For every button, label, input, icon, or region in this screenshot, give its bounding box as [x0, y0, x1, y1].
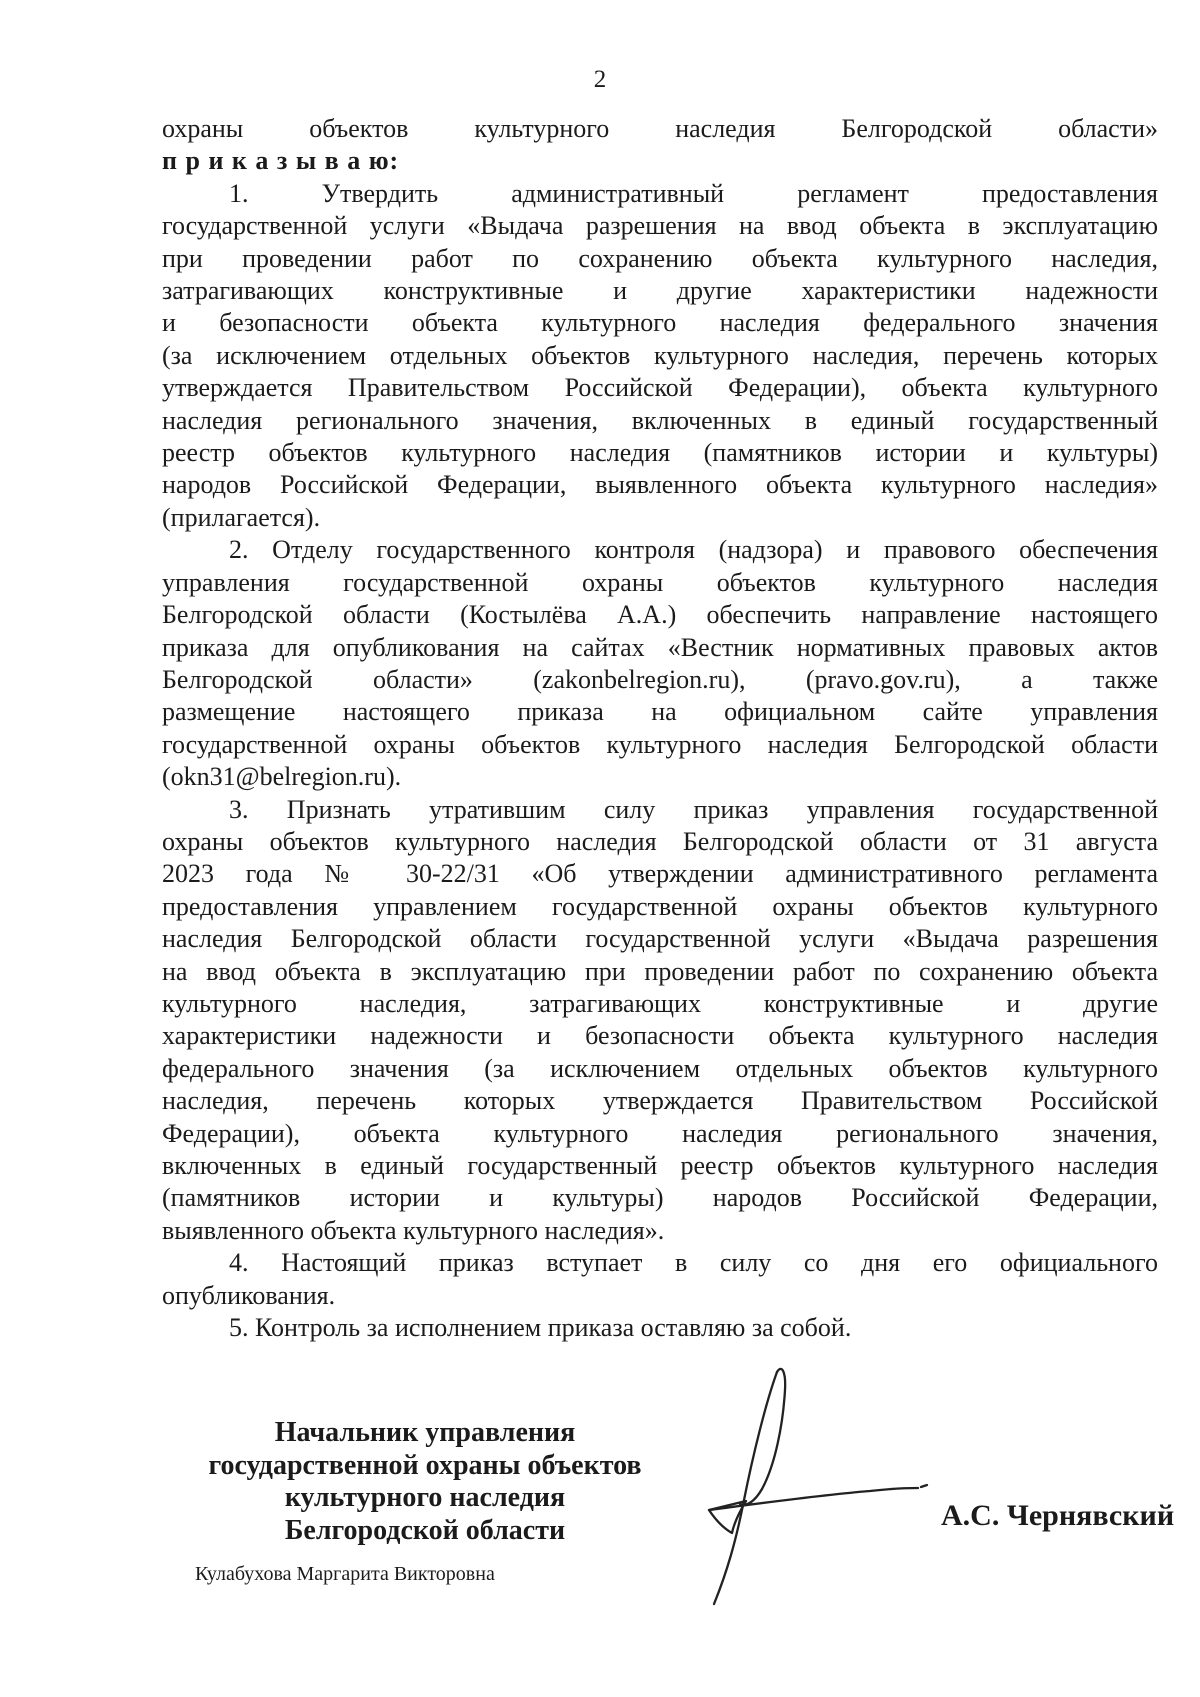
text-line: выявленного объекта культурного наследия…	[162, 1215, 1158, 1247]
text-line: управления государственной охраны объект…	[162, 567, 1158, 599]
page-number: 2	[0, 66, 1200, 94]
text-line: (памятников истории и культуры) народов …	[162, 1182, 1158, 1214]
text-line: затрагивающих конструктивные и другие ха…	[162, 275, 1158, 307]
text-line: размещение настоящего приказа на официал…	[162, 696, 1158, 728]
text-line: 3. Признать утратившим силу приказ управ…	[162, 794, 1158, 826]
text-line: 1. Утвердить административный регламент …	[162, 178, 1158, 210]
text-line: реестр объектов культурного наследия (па…	[162, 437, 1158, 469]
text-line: наследия регионального значения, включен…	[162, 405, 1158, 437]
text-line: (okn31@belregion.ru).	[162, 761, 1158, 793]
text-line: охраны объектов культурного наследия Бел…	[162, 826, 1158, 858]
text-line: Федерации), объекта культурного наследия…	[162, 1118, 1158, 1150]
signature-title-line: культурного наследия	[160, 1482, 690, 1515]
signature-title-line: Начальник управления	[160, 1417, 690, 1450]
text-line: наследия, перечень которых утверждается …	[162, 1085, 1158, 1117]
text-line: 2023 года № 30-22/31 «Об утверждении адм…	[162, 858, 1158, 890]
text-line: народов Российской Федерации, выявленног…	[162, 469, 1158, 501]
text-line: Белгородской области (Костылёва А.А.) об…	[162, 599, 1158, 631]
text-line: на ввод объекта в эксплуатацию при прове…	[162, 956, 1158, 988]
signature-title-block: Начальник управления государственной охр…	[160, 1417, 690, 1547]
text-line: при проведении работ по сохранению объек…	[162, 243, 1158, 275]
text-line: государственной услуги «Выдача разрешени…	[162, 210, 1158, 242]
text-line: наследия Белгородской области государств…	[162, 923, 1158, 955]
text-line: культурного наследия, затрагивающих конс…	[162, 988, 1158, 1020]
text-line: опубликования.	[162, 1280, 1158, 1312]
signature-title-line: государственной охраны объектов	[160, 1450, 690, 1483]
text-line: п р и к а з ы в а ю:	[162, 145, 1158, 177]
text-line: включенных в единый государственный реес…	[162, 1150, 1158, 1182]
text-line: и безопасности объекта культурного насле…	[162, 307, 1158, 339]
signer-name: А.С. Чернявский	[941, 1499, 1174, 1533]
text-line: федерального значения (за исключением от…	[162, 1053, 1158, 1085]
text-line: (за исключением отдельных объектов культ…	[162, 340, 1158, 372]
text-line: Белгородской области» (zakonbelregion.ru…	[162, 664, 1158, 696]
text-line: 2. Отделу государственного контроля (над…	[162, 534, 1158, 566]
text-line: (прилагается).	[162, 502, 1158, 534]
document-page: 2 охраны объектов культурного наследия Б…	[0, 0, 1200, 1697]
text-line: утверждается Правительством Российской Ф…	[162, 372, 1158, 404]
signature-title-line: Белгородской области	[160, 1515, 690, 1548]
text-line: приказа для опубликования на сайтах «Вес…	[162, 632, 1158, 664]
text-line: охраны объектов культурного наследия Бел…	[162, 113, 1158, 145]
executor-name: Кулабухова Маргарита Викторовна	[195, 1563, 495, 1586]
text-line: 5. Контроль за исполнением приказа остав…	[162, 1312, 1158, 1344]
document-body: охраны объектов культурного наследия Бел…	[162, 113, 1158, 1344]
text-line: предоставления управлением государственн…	[162, 891, 1158, 923]
text-line: государственной охраны объектов культурн…	[162, 729, 1158, 761]
text-line: 4. Настоящий приказ вступает в силу со д…	[162, 1247, 1158, 1279]
text-line: характеристики надежности и безопасности…	[162, 1020, 1158, 1052]
